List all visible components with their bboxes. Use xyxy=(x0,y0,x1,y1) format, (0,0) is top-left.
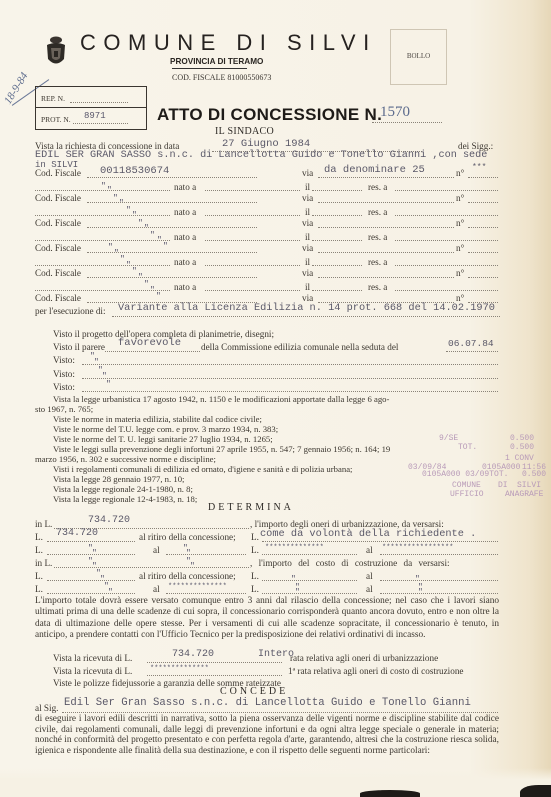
l-label: L. xyxy=(251,584,259,594)
res-label: res. a xyxy=(368,257,387,267)
ditto-mark: " xyxy=(138,273,143,282)
res-label: res. a xyxy=(368,207,387,217)
ritiro-amount-line xyxy=(47,541,135,542)
res-line xyxy=(395,215,498,216)
stamp-text: ANAGRAFE xyxy=(505,490,543,499)
nato-label: nato a xyxy=(174,207,196,217)
cod-fiscale-label: Cod. Fiscale xyxy=(35,293,81,303)
amount-line xyxy=(47,580,135,581)
n-line xyxy=(468,277,498,278)
ditto-mark: " xyxy=(138,219,143,228)
ricevuta-line xyxy=(147,662,282,663)
ritiro-text: al ritiro della concessione; xyxy=(139,532,236,542)
res-label: res. a xyxy=(368,182,387,192)
il-line xyxy=(312,240,362,241)
il-line xyxy=(312,265,362,266)
ditto-mark: " xyxy=(126,206,131,215)
res-line xyxy=(395,265,498,266)
header-divider xyxy=(172,68,247,69)
visto-label: Visto: xyxy=(53,355,75,365)
al-line xyxy=(380,554,498,555)
law-line: Viste le norme in materia edilizia, stab… xyxy=(53,414,262,424)
name-line xyxy=(35,240,170,241)
n-value: *** xyxy=(472,163,486,172)
law-line: sto 1967, n. 765; xyxy=(35,404,93,414)
nato-line xyxy=(205,265,300,266)
via-label: via xyxy=(302,268,313,278)
via-label: via xyxy=(302,193,313,203)
stamp-text: 9/SE xyxy=(439,434,458,443)
n-line xyxy=(468,227,498,228)
l-label: L. xyxy=(251,545,259,555)
via-label: via xyxy=(302,168,313,178)
ditto-mark: " xyxy=(144,224,149,233)
filler-stars: ************** xyxy=(168,583,227,591)
cod-fiscale-label: Cod. Fiscale xyxy=(35,168,81,178)
law-line: marzo 1956, n. 302 e successive norme e … xyxy=(35,454,216,464)
execution-line xyxy=(112,316,500,317)
document-title: ATTO DI CONCESSIONE N. xyxy=(157,105,382,125)
stamp-text: SILVI xyxy=(517,481,541,490)
concession-paragraph: di eseguire i lavori edili descritti in … xyxy=(35,714,499,756)
law-line: Viste le norme del T.U. legge com. e pro… xyxy=(53,424,278,434)
n-label: n° xyxy=(456,268,464,278)
via-line xyxy=(318,202,454,203)
ditto-mark: " xyxy=(119,199,124,208)
ditto-mark: " xyxy=(144,280,149,289)
nato-label: nato a xyxy=(174,232,196,242)
cod-fiscale-line xyxy=(87,277,257,278)
ricevuta-line xyxy=(147,675,282,676)
visto-label: Visto: xyxy=(53,369,75,379)
visto-line xyxy=(82,364,498,365)
al-sig-label: al Sig. xyxy=(35,703,58,713)
al-label: al xyxy=(366,571,373,581)
name-line xyxy=(35,265,170,266)
law-line: Vista la legge urbanistica 17 agosto 194… xyxy=(53,394,389,404)
stamp-text: 1 CONV xyxy=(505,454,534,463)
l-label: L. xyxy=(251,571,259,581)
municipal-coat-of-arms-icon xyxy=(44,35,68,69)
execution-value: Variante alla Licenza Edilizia n. 14 pro… xyxy=(118,302,495,314)
nato-label: nato a xyxy=(174,282,196,292)
al-line xyxy=(166,554,246,555)
cod-fiscale-line xyxy=(87,252,257,253)
ditto-mark: " xyxy=(132,267,137,276)
via-line xyxy=(318,252,454,253)
total-payment-paragraph: L'importo totale dovrà essere versato co… xyxy=(35,596,499,641)
nato-label: nato a xyxy=(174,257,196,267)
recipient-line xyxy=(62,712,498,713)
via-value: da denominare 25 xyxy=(324,164,425,176)
via-label: via xyxy=(302,218,313,228)
in-l-label: in L. xyxy=(35,519,52,529)
request-date: 27 Giugno 1984 xyxy=(222,138,310,150)
page-corner-shadow xyxy=(520,785,551,797)
n-label: n° xyxy=(456,218,464,228)
ditto-mark: " xyxy=(163,242,168,251)
rep-label: REP. N. xyxy=(41,94,65,103)
ditto-mark: " xyxy=(120,255,125,264)
rep-field[interactable] xyxy=(70,102,128,103)
al-label: al xyxy=(366,584,373,594)
res-line xyxy=(395,240,498,241)
res-label: res. a xyxy=(368,232,387,242)
ditto-mark: " xyxy=(156,292,161,301)
ricevuta1-note: Intero xyxy=(258,649,294,660)
ditto-mark: " xyxy=(157,236,162,245)
costo-text: , l'importo del costo di costruzione da … xyxy=(250,558,450,568)
stamp-text: 0.500 xyxy=(522,470,546,479)
cod-fiscale-label: Cod. Fiscale xyxy=(35,193,81,203)
al-line xyxy=(380,593,498,594)
stamp-text: DI xyxy=(498,481,508,490)
ricevuta-label: Vista la ricevuta di L. xyxy=(53,653,132,663)
in-l-label: in L. xyxy=(35,558,52,568)
law-line: Vista la legge regionale 12-4-1983, n. 1… xyxy=(53,494,197,504)
res-line xyxy=(395,290,498,291)
stamp-text: UFFICIO xyxy=(450,490,484,499)
amount-line xyxy=(47,554,135,555)
visto-label: Visto: xyxy=(53,382,75,392)
ricevuta2-amount: ************** xyxy=(150,665,209,673)
stamp-text: 0.500 xyxy=(510,434,534,443)
mayor-heading: IL SINDACO xyxy=(215,126,274,137)
ditto-mark: " xyxy=(190,562,195,571)
province-name: PROVINCIA DI TERAMO xyxy=(170,57,263,66)
al-label: al xyxy=(366,545,373,555)
registry-divider xyxy=(35,107,146,108)
payment-will-note: come da volontà della richiedente . xyxy=(260,528,476,540)
amount-line xyxy=(262,554,357,555)
recipient-name: Edil Ser Gran Sasso s.n.c. di Lancellott… xyxy=(64,697,471,709)
execution-label: per l'esecuzione di: xyxy=(35,306,106,316)
determina-heading: DETERMINA xyxy=(208,502,294,513)
nato-line xyxy=(205,240,300,241)
il-line xyxy=(312,215,362,216)
concession-number: 1570 xyxy=(380,104,410,121)
al-label: al xyxy=(153,584,160,594)
ditto-mark: " xyxy=(126,261,131,270)
nato-line xyxy=(205,290,300,291)
costo-amount-line xyxy=(54,567,249,568)
ditto-mark: " xyxy=(108,243,113,252)
nato-label: nato a xyxy=(174,182,196,192)
ditto-mark: " xyxy=(132,211,137,220)
parere-date: 06.07.84 xyxy=(448,338,494,349)
nato-line xyxy=(205,215,300,216)
ricevuta1-text: rata relativa agli oneri di urbanizzazio… xyxy=(290,653,438,663)
ritiro-amount: 734.720 xyxy=(56,528,98,539)
parere-date-line xyxy=(446,351,498,352)
page-bottom-edge xyxy=(0,768,551,797)
ditto-mark: " xyxy=(106,380,111,389)
via-line xyxy=(318,277,454,278)
res-line xyxy=(395,190,498,191)
stamp-text: TOT. xyxy=(458,443,477,452)
il-label: il xyxy=(305,282,310,292)
il-line xyxy=(312,290,362,291)
res-label: res. a xyxy=(368,282,387,292)
law-line: Vista la legge regionale 24-1-1980, n. 8… xyxy=(53,484,193,494)
visto-line xyxy=(82,391,498,392)
visto-line xyxy=(82,378,498,379)
l-label: L. xyxy=(251,532,259,542)
ditto-mark: " xyxy=(101,182,106,191)
ricevuta1-amount: 734.720 xyxy=(172,649,214,660)
via-line xyxy=(318,227,454,228)
page-tear-shadow xyxy=(360,790,420,797)
parere-line xyxy=(105,351,200,352)
stamp-text: 0105A000 03/09TOT. xyxy=(422,470,508,479)
amount-line xyxy=(262,593,357,594)
al-line xyxy=(166,593,246,594)
ritiro-text: al ritiro della concessione; xyxy=(139,571,236,581)
prot-field xyxy=(73,123,128,124)
law-line: Visti i regolamenti comunali di edilizia… xyxy=(53,464,352,474)
via-line xyxy=(318,177,454,178)
il-label: il xyxy=(305,207,310,217)
cod-fiscale-label: Cod. Fiscale xyxy=(35,218,81,228)
title-number-line xyxy=(372,122,442,123)
cod-fiscale-label: Cod. Fiscale xyxy=(35,243,81,253)
law-line: Viste le leggi sulla prevenzione degli i… xyxy=(53,444,390,454)
parere-value: favorevole xyxy=(118,337,181,349)
cod-fiscale-line xyxy=(87,227,257,228)
n-label: n° xyxy=(456,168,464,178)
al-label: al xyxy=(153,545,160,555)
ricevuta2-text: 1ª rata relativa agli oneri di costo di … xyxy=(288,666,464,676)
name-line xyxy=(35,215,170,216)
ditto-mark: " xyxy=(114,249,119,258)
filler-stars: ***************** xyxy=(382,544,453,552)
stamp-duty-label: BOLLO xyxy=(390,52,447,60)
document-page: COMUNE DI SILVI PROVINCIA DI TERAMO COD.… xyxy=(0,0,551,797)
municipality-name: COMUNE DI SILVI xyxy=(80,30,377,56)
l-label: L. xyxy=(35,532,43,542)
ricevuta-label: Vista la ricevuta di L. xyxy=(53,666,132,676)
n-line xyxy=(468,202,498,203)
stamp-text: COMUNE xyxy=(452,481,481,490)
filler-stars: ************** xyxy=(265,544,324,552)
il-label: il xyxy=(305,257,310,267)
concede-heading: CONCEDE xyxy=(220,686,288,697)
amount-line xyxy=(47,593,135,594)
urb-amount: 734.720 xyxy=(88,515,130,526)
l-label: L. xyxy=(35,571,43,581)
applicant-name: EDIL SER GRAN SASSO s.n.c. di Lancellott… xyxy=(35,150,487,161)
parere-label: Visto il parere xyxy=(53,342,105,352)
il-line xyxy=(312,190,362,191)
parere-commission-text: della Commissione edilizia comunale nell… xyxy=(201,342,398,352)
l-label: L. xyxy=(35,545,43,555)
ditto-mark: " xyxy=(113,194,118,203)
stamp-text: 0.500 xyxy=(510,443,534,452)
n-label: n° xyxy=(456,243,464,253)
n-label: n° xyxy=(456,193,464,203)
law-line: Viste le norme del T. U. leggi sanitarie… xyxy=(53,434,273,444)
prot-number: 8971 xyxy=(84,111,106,121)
ditto-mark: " xyxy=(150,231,155,240)
law-line: Vista la legge 28 gennaio 1977, n. 10; xyxy=(53,474,184,484)
cod-fiscale-line xyxy=(87,177,257,178)
nato-line xyxy=(205,190,300,191)
il-label: il xyxy=(305,232,310,242)
municipality-tax-code: COD. FISCALE 81000550673 xyxy=(172,73,271,82)
n-line xyxy=(468,177,498,178)
al-line xyxy=(380,580,498,581)
amount-line xyxy=(262,580,357,581)
cod-fiscale-value: 00118530674 xyxy=(100,165,169,177)
il-label: il xyxy=(305,182,310,192)
ditto-mark: " xyxy=(107,186,112,195)
l-label: L. xyxy=(35,584,43,594)
n-line xyxy=(468,252,498,253)
cod-fiscale-label: Cod. Fiscale xyxy=(35,268,81,278)
via-label: via xyxy=(302,243,313,253)
volonta-line xyxy=(262,541,498,542)
prot-label: PROT. N. xyxy=(41,115,71,124)
ditto-mark: " xyxy=(150,286,155,295)
